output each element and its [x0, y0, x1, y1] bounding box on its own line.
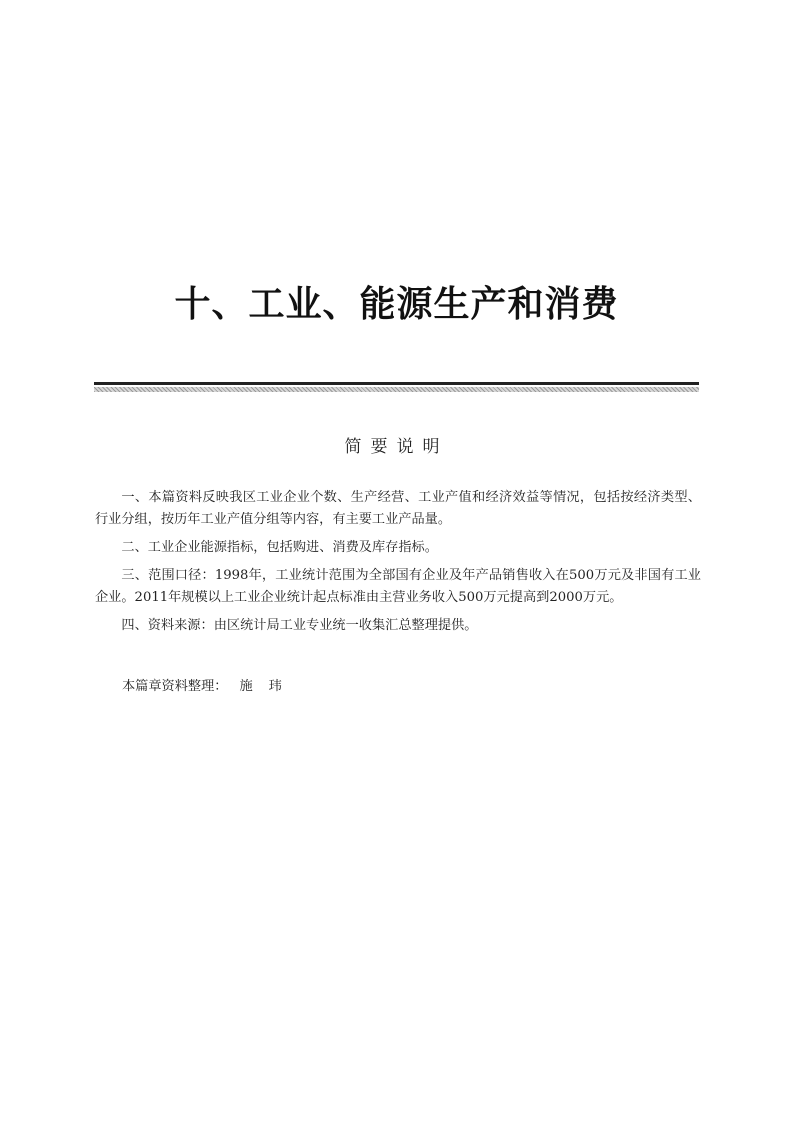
paragraph-4: 四、资料来源：由区统计局工业专业统一收集汇总整理提供。: [95, 615, 701, 637]
paragraph-1: 一、本篇资料反映我区工业企业个数、生产经营、工业产值和经济效益等情况，包括按经济…: [95, 487, 701, 531]
credit-label: 本篇章资料整理：: [122, 679, 228, 694]
paragraph-2: 二、工业企业能源指标，包括购进、消费及库存指标。: [95, 537, 701, 559]
title-divider: [94, 382, 699, 392]
explanation-body: 一、本篇资料反映我区工业企业个数、生产经营、工业产值和经济效益等情况，包括按经济…: [95, 487, 701, 643]
compiler-credit: 本篇章资料整理：施玮: [122, 675, 298, 694]
paragraph-3: 三、范围口径：1998年，工业统计范围为全部国有企业及年产品销售收入在500万元…: [95, 565, 701, 609]
credit-name: 施玮: [240, 679, 298, 694]
divider-hatched-line: [94, 387, 699, 392]
chapter-title: 十、工业、能源生产和消费: [0, 276, 793, 327]
section-heading: 简要说明: [0, 432, 793, 457]
